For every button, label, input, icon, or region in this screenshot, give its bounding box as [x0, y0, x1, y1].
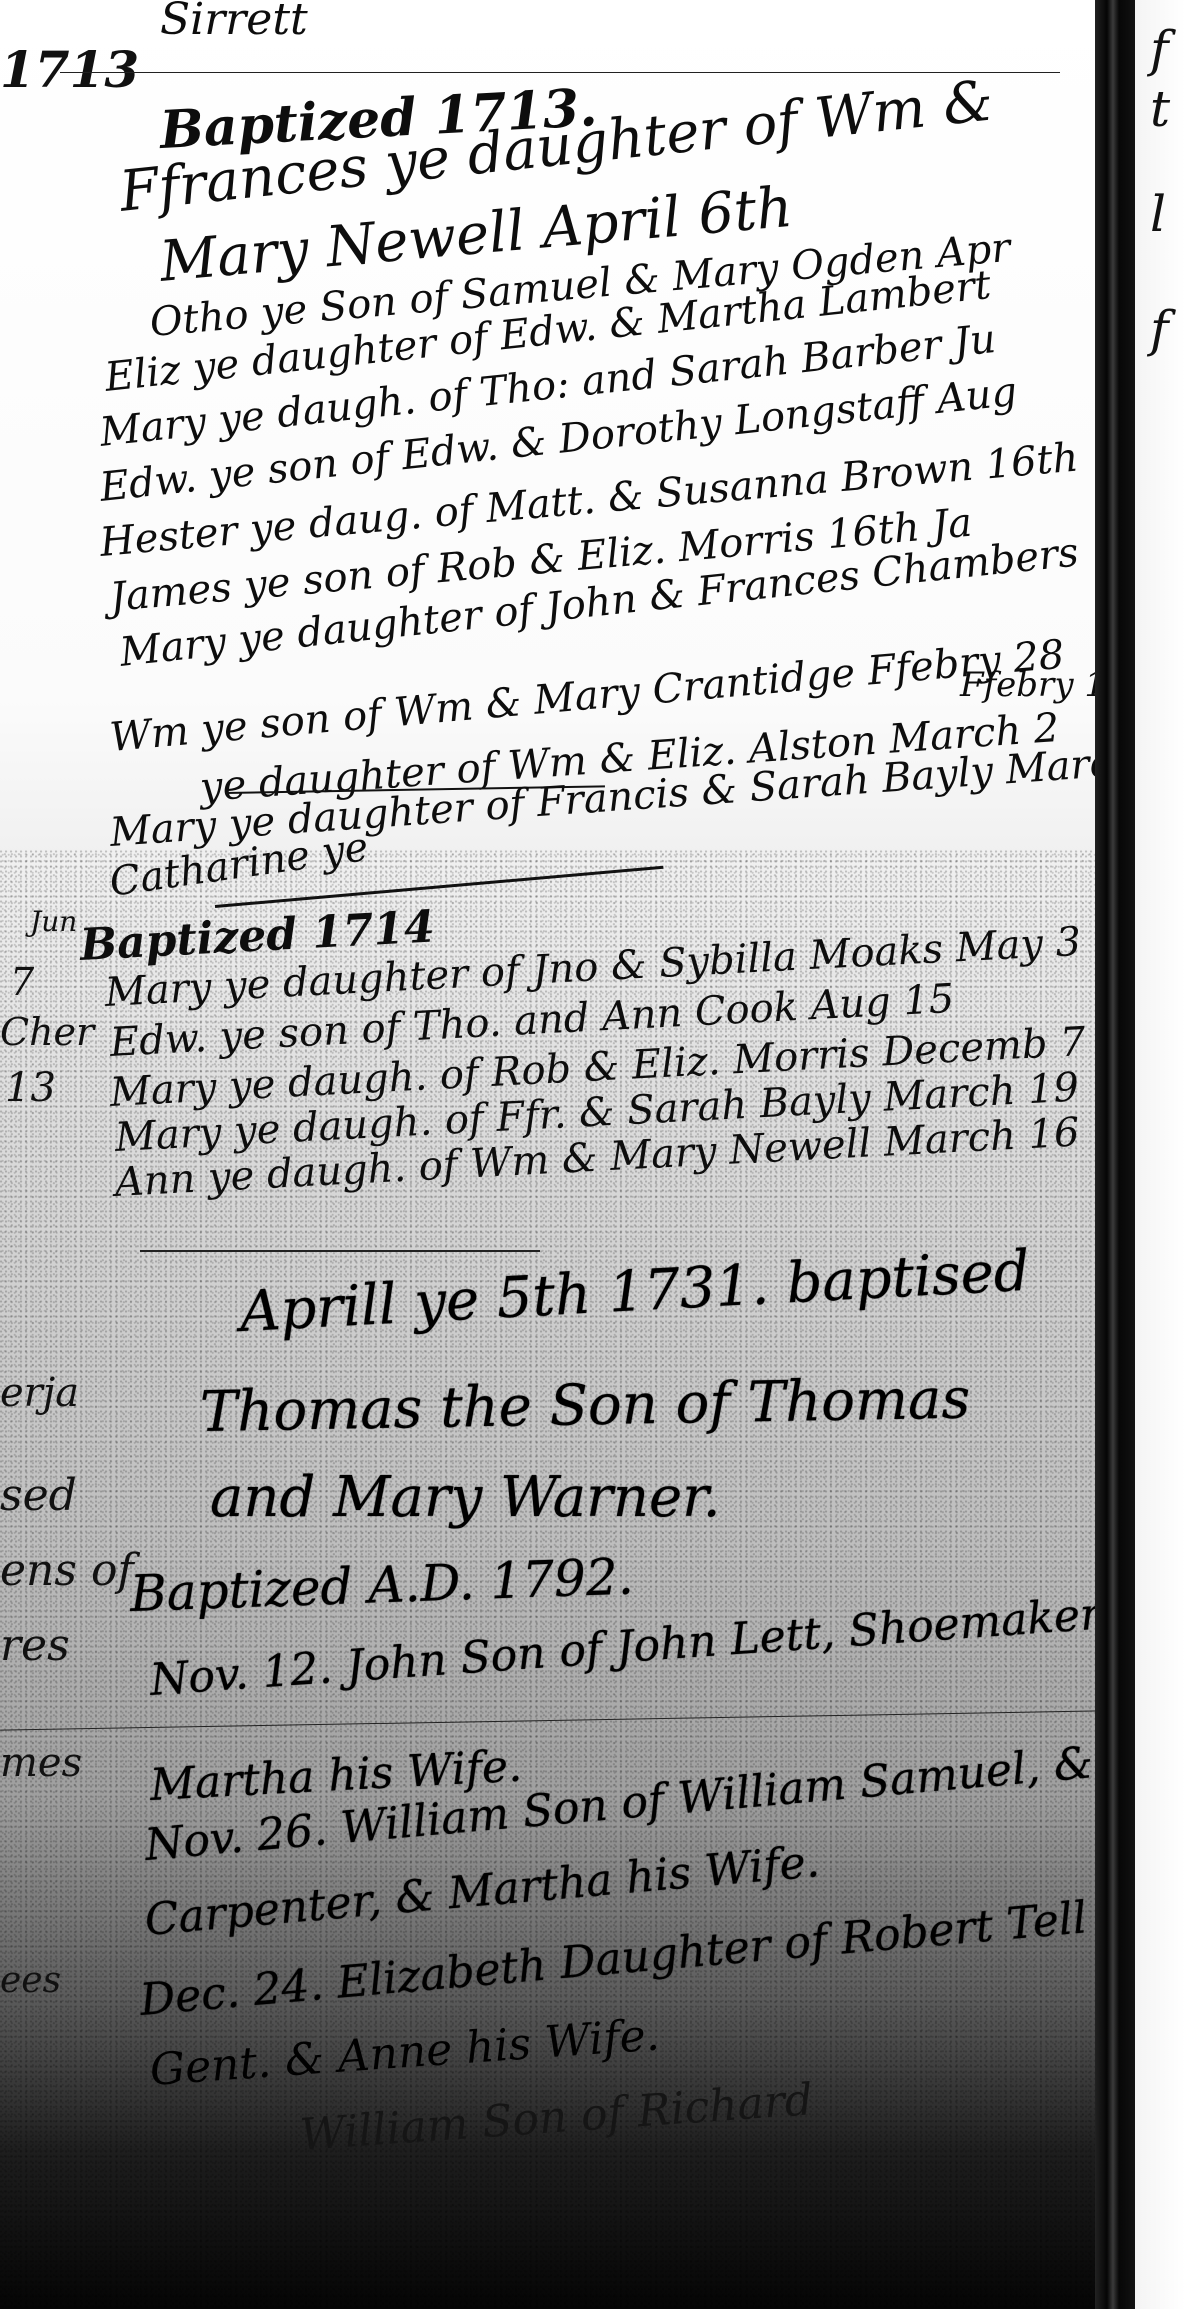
margin-fragment: Jun: [30, 905, 77, 938]
right-fragment: t: [1150, 80, 1170, 138]
entry-line: Thomas the Son of Thomas: [199, 1367, 970, 1445]
top-header: Sirrett: [160, 0, 308, 45]
margin-fragment: erja: [0, 1370, 79, 1416]
margin-fragment: 13: [5, 1065, 56, 1111]
entry-line: and Mary Warner.: [210, 1465, 721, 1530]
margin-fragment: sed: [0, 1470, 77, 1521]
right-fragment: l: [1150, 185, 1166, 243]
margin-fragment: ees: [0, 1960, 61, 2001]
book-binding: [1095, 0, 1135, 2309]
margin-fragment: 7: [10, 960, 34, 1004]
margin-fragment: Cher: [0, 1010, 94, 1054]
page-marker: 1713: [0, 40, 139, 99]
header-rule: [60, 72, 1060, 73]
margin-fragment: res: [0, 1620, 70, 1671]
section-divider: [140, 1250, 540, 1252]
margin-fragment: ens of: [0, 1545, 134, 1596]
margin-fragment: mes: [0, 1740, 82, 1786]
right-fragment: f: [1150, 300, 1169, 358]
right-fragment: f: [1150, 20, 1169, 78]
